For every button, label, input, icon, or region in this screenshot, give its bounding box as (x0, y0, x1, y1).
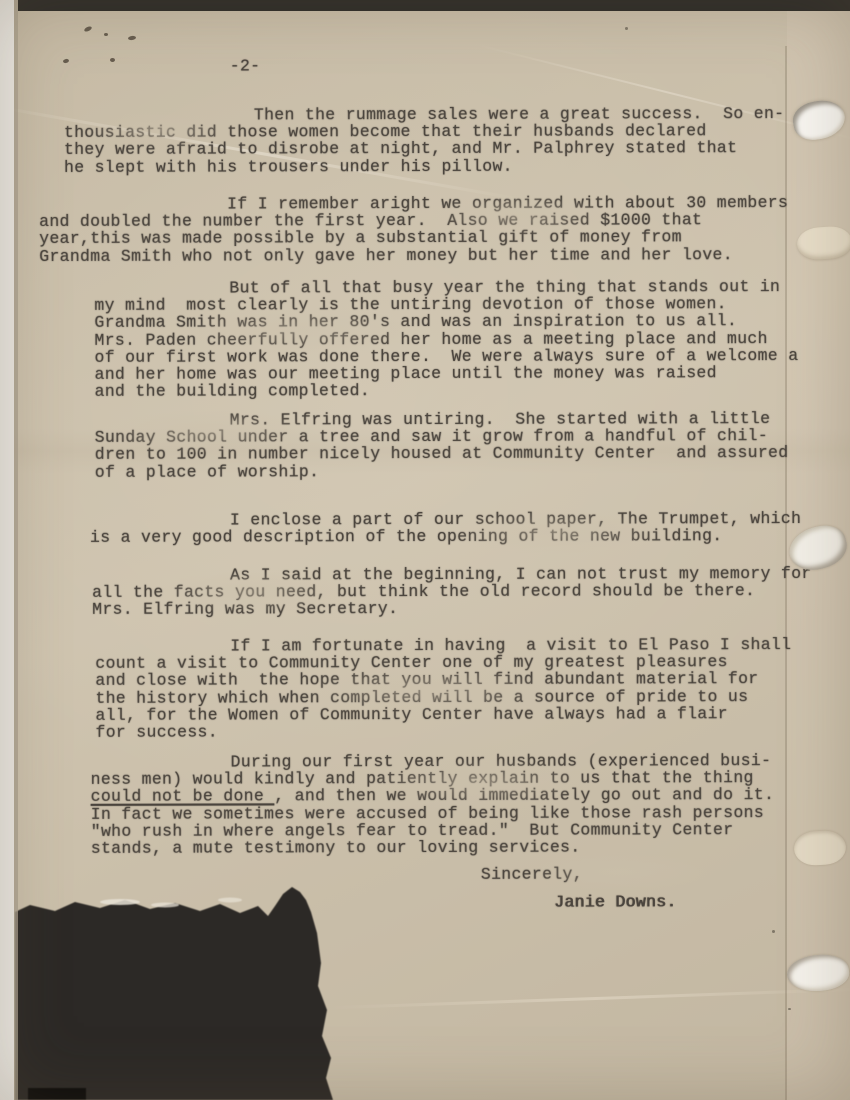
page-number: -2- (230, 57, 261, 74)
letter-paragraph: But of all that busy year the thing that… (94, 278, 839, 400)
letter-paragraph: During our first year our husbands (expe… (91, 752, 841, 857)
letter-paragraph: Then the rummage sales were a great succ… (64, 105, 839, 176)
letter-paragraph: If I am fortunate in having a visit to E… (95, 636, 840, 741)
scanned-letter-page: -2- Then the rummage sales were a great … (0, 0, 850, 1100)
scan-left-edge-shadow (14, 0, 18, 1100)
letter-closing: Sincerely, (481, 866, 583, 883)
scan-left-edge (0, 0, 14, 1100)
letter-paragraph: I enclose a part of our school paper, Th… (90, 510, 840, 546)
punch-hole (796, 225, 850, 261)
letter-paragraph: If I remember aright we organized with a… (39, 194, 839, 265)
ink-blot (0, 878, 360, 1100)
letter-paragraph: Mrs. Elfring was untiring. She started w… (95, 410, 840, 481)
letter-signature: Janie Downs. (554, 893, 676, 911)
letter-paragraph: As I said at the beginning, I can not tr… (92, 565, 840, 619)
scan-top-edge (18, 0, 850, 11)
paragraph-text: During our first year our husbands (expe… (91, 751, 772, 789)
